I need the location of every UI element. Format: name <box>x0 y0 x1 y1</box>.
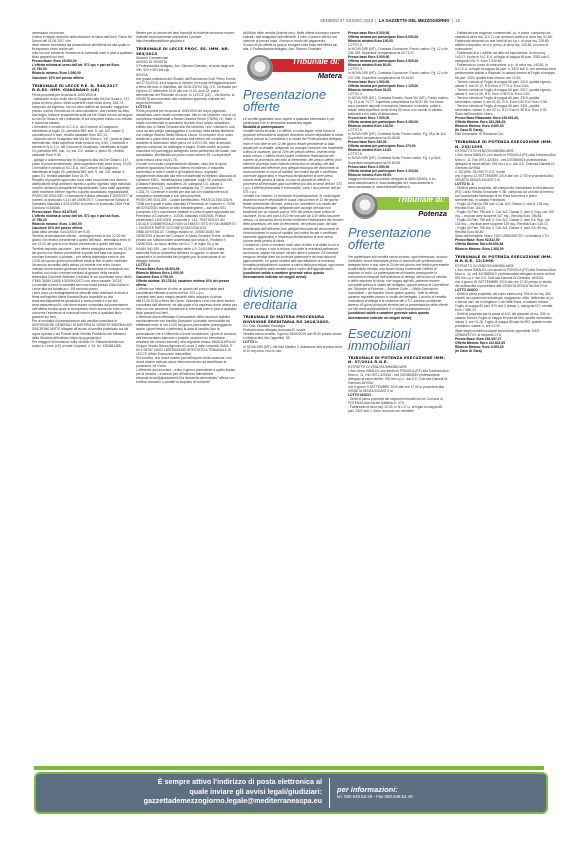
text: OBBLIGHI EDILIZI : Obbligo edilizio nn. … <box>136 230 237 262</box>
text: L'Avv. Anna SIBALDI, con studio in PIGNO… <box>455 153 556 169</box>
text: Termine deposito cauzione: - per offerta… <box>32 247 133 283</box>
text: (condizioni valide a carattere generale … <box>348 311 449 319</box>
divider <box>34 766 544 770</box>
text: - Diritti di piena proprietà dei seguent… <box>348 397 449 405</box>
text: - Diritti di piena proprietà, del suolo … <box>455 292 556 312</box>
column-1: necessario un rinnovo. Il bene è meglio … <box>32 31 133 766</box>
header-date: VENERDÌ 27 GIUGNO 2019 <box>320 18 373 23</box>
tribunale-label: Tribunale di: <box>397 198 445 202</box>
text: - Fabbricato al p.t. adibito ad uffici e… <box>455 51 556 63</box>
text: Dati Urbanistici: Si Richiama Ctu. <box>455 132 556 136</box>
text: Il Professionista delegato, Avv. Simona … <box>136 64 237 72</box>
text: I predetti beni sono meglio descritti ne… <box>136 295 237 315</box>
text: - Foglio 43 Part. 796 sub 2, Cat. A/2, C… <box>455 210 556 218</box>
text: L'Avv. Anna SIBALDI, con studio in PIGNO… <box>455 268 556 280</box>
text: - Terreno censito al Foglio di mappa 66 … <box>455 96 556 104</box>
text: - Diritti di proprietà per la quota di 4… <box>455 312 556 328</box>
text: tutto ciò che concerne l'esistenza di ev… <box>32 51 133 59</box>
column-3: all'Ufficio delle vendite (tramite pec).… <box>243 31 344 766</box>
text: L'offerta non inferiore di oltre un quar… <box>136 287 237 295</box>
text: Per partecipare alla vendita senza incan… <box>348 255 449 312</box>
text: In caso di più offerte la gara si svolge… <box>243 43 344 51</box>
price-min-offer: L'offerta minima ai sensi dell'art. 571 … <box>32 214 133 222</box>
text: - Diritti di piena proprietà, del compen… <box>455 186 556 202</box>
text: - Terreno censito al Foglio di mappa 66 … <box>455 80 556 88</box>
text: - abitazione di tipo civile sito in Guag… <box>32 97 133 125</box>
text: PRATICHE EDILIZIE - Codice identificativ… <box>136 198 237 230</box>
text: L'immobile è censito in N.C.E.U. del Com… <box>32 125 133 137</box>
text: deve essere consultata dal presentatore … <box>32 43 133 51</box>
lot-description: In NOVA SIRI (MT), Contrada Sulla, Fondo… <box>348 132 449 140</box>
section-title: divisione ereditaria <box>243 287 344 311</box>
column-5: - Fabbricato per esigenze commerciali, p… <box>455 31 556 766</box>
text: La vendita si terrà in modalità sincrona… <box>32 283 133 291</box>
text: Vendite con incanto: Le domande di parte… <box>243 194 344 243</box>
text: Termine presentazione offerta: - analogi… <box>32 234 133 246</box>
footer-banner: È sempre attivo l'indirizzo di posta ele… <box>34 772 548 814</box>
text: - Fabbricato di circa mq. 10,30, in N.C.… <box>348 405 449 413</box>
text: Sul bonifico, che dovrà essere pari all'… <box>136 356 237 368</box>
price-min-offer: Offerta minima: 35.178,04; cauzione mini… <box>136 279 237 287</box>
text: Piena proprietà per la quota di 1000/100… <box>136 109 237 162</box>
header-page-number: 15 <box>455 18 460 23</box>
section-title: Presentazione offerte <box>348 227 449 251</box>
section-title: Presentazione offerte <box>243 89 344 113</box>
lot-description: In NOVA SIRI (MT), Contrada Favello, Nov… <box>348 96 449 116</box>
text: (condizioni valide a carattere generale … <box>243 271 344 279</box>
text: - Foglio 43 Part. 796 sub 4, Cat. A/4, C… <box>455 226 556 234</box>
text: - garage o autorimessa sito in Guagnano … <box>32 158 133 178</box>
text: I beni sono più dettagliatamente descrit… <box>32 291 133 319</box>
notice-title: TRIBUNALE DI POTENZA ESECUZIONE IMM. N. … <box>348 356 449 365</box>
tribunale-matera-box: Tribunale di: Matera <box>243 55 344 81</box>
text: - Fabbricato per esigenze commerciali, p… <box>455 31 556 51</box>
lot-description: In NOVA SIRI (MT), Contrada Cozzolone, F… <box>348 47 449 55</box>
text: Il bene è meglio descritto nella relazio… <box>32 35 133 43</box>
tribunale-city: Matera <box>318 74 342 78</box>
text: L'offerente dovrà effettuare il versamen… <box>136 315 237 355</box>
header-publication: LA GAZZETTA DEL MEZZOGIORNO <box>379 18 450 23</box>
text: all'Ufficio delle vendite (tramite pec).… <box>243 31 344 43</box>
text: Condizioni. I beni si vendono nello stat… <box>243 243 344 271</box>
banner-line: È sempre attivo l'indirizzo di posta ele… <box>144 777 322 787</box>
price-min-offer: L'offerta minima ai sensi dell'art. 571 … <box>32 63 133 71</box>
tribunale-label: Tribunale di: <box>292 60 340 64</box>
text: Mentre per la visione dei beni immobili … <box>136 31 237 43</box>
text: Per le modalità di partecipazione alla v… <box>32 319 133 339</box>
contact-email-link[interactable]: gazzettademezzogiorno.legale@mediterrane… <box>144 796 322 806</box>
italian-republic-emblem-icon <box>352 193 378 219</box>
price-rilancio: Rilancio Minimo: Euro 1.500,00 <box>455 247 556 251</box>
text: - Terreno censito al Foglio di mappa 66 … <box>455 88 556 96</box>
legal-notices-page: necessario un rinnovo. Il bene è meglio … <box>32 31 552 766</box>
text: Le vendite giudiziarie sono aperte a qua… <box>243 117 344 125</box>
notice-title: TRIBUNALE DI LECCE P.E. N. 546/2017 R.G.… <box>32 84 133 93</box>
info-title: per informazioni: <box>337 785 413 794</box>
column-2: Mentre per la visione dei beni immobili … <box>136 31 237 766</box>
divider <box>329 778 330 808</box>
text: - Foglio 43 Part.lla 796 sub 1,Cat. A/4,… <box>455 202 556 210</box>
text: Stato degli immobili:occupati senza tito… <box>455 329 556 337</box>
text: Il locale non risulta completamente ulti… <box>136 162 237 198</box>
tribunale-city: Potenza <box>418 212 447 216</box>
info-contacts: tel. 080 548.52.39 - Fax 080.548.52.49 <box>337 794 413 800</box>
text: - Terreno censito al Foglio di mappa 66 … <box>455 104 556 112</box>
column-4: Prezzo base Euro 8.000,00. Offerta minim… <box>348 31 449 766</box>
text: PRATICHE EDILIZIE: Concessione Edilizia … <box>32 194 133 210</box>
italian-republic-emblem-icon <box>247 55 273 81</box>
text: In NOVA SIRI (MT), Via San Martino 2, Ab… <box>243 345 344 353</box>
banner-message: È sempre attivo l'indirizzo di posta ele… <box>144 777 322 806</box>
text: Per maggiori informazioni sulla vendita:… <box>32 340 133 348</box>
text: L'offerente dovrà inviare – entro il gio… <box>136 368 237 384</box>
text: Vendite senza incanto: Le offerte, in ca… <box>243 129 344 194</box>
lot-description: In NOVA SIRI (MT), Contrada Sulla, Fondo… <box>348 156 449 164</box>
notice-title: TRIBUNALE DI LECCE PROC. ES. IMM. NR. 56… <box>136 47 237 56</box>
text: che il giorno 12 SETTEMBRE 2019 alle ore… <box>455 174 556 182</box>
price-cauzione: Cauzione: 10% del prezzo offerto <box>32 76 133 80</box>
notice-title: TRIBUNALE DI POTENZA ESECUZIONE IMM. N.R… <box>455 255 556 264</box>
banner-line: quale inviare gli avvisi legali/giudizia… <box>144 787 322 797</box>
banner-info: per informazioni: tel. 080 548.52.39 - F… <box>337 785 413 800</box>
text: - Fabbricato in corso di costruzione, p.… <box>455 63 556 79</box>
text: - Foglio 43 Part. 796 sub 3, Cat. A/2, C… <box>455 218 556 226</box>
text: - deposito sito in Guagnano alla Via De … <box>32 137 133 157</box>
text: L'Avv. Anna SIBALDI, con studio in PIGNO… <box>348 369 449 385</box>
notice-title: TRIBUNALE DI POTENZA ESECUZIONE IMM. N. … <box>455 140 556 149</box>
text: che il giorno 3 SETTEMBRE 2019 alle ore … <box>348 385 449 393</box>
price-note: (In Caso Di Gara) <box>455 349 556 353</box>
lot-description: In NOVA SIRI (MT), Contrada Cozzolone, F… <box>348 71 449 79</box>
page-header: VENERDÌ 27 GIUGNO 2019 | LA GAZZETTA DEL… <box>320 18 560 26</box>
tribunale-potenza-box: Tribunale di: Potenza <box>348 193 449 219</box>
text: che giusta ordinanza del Giudice dell'Es… <box>136 77 237 105</box>
notice-title: TRIBUNALE DI MATERA PROCEDURA DIVISIONE … <box>243 315 344 324</box>
section-title: Esecuzioni immobiliari <box>348 328 449 352</box>
text: che il giorno 20 SETTEMBRE 2019 alle ore… <box>455 280 556 288</box>
text: Vendita senza incanto: il giorno 18/09/2… <box>243 332 344 340</box>
info-text: Maggiori informazioni presso delegato al… <box>348 177 449 189</box>
text: Rispetto al progetto approvato sono stat… <box>32 178 133 194</box>
